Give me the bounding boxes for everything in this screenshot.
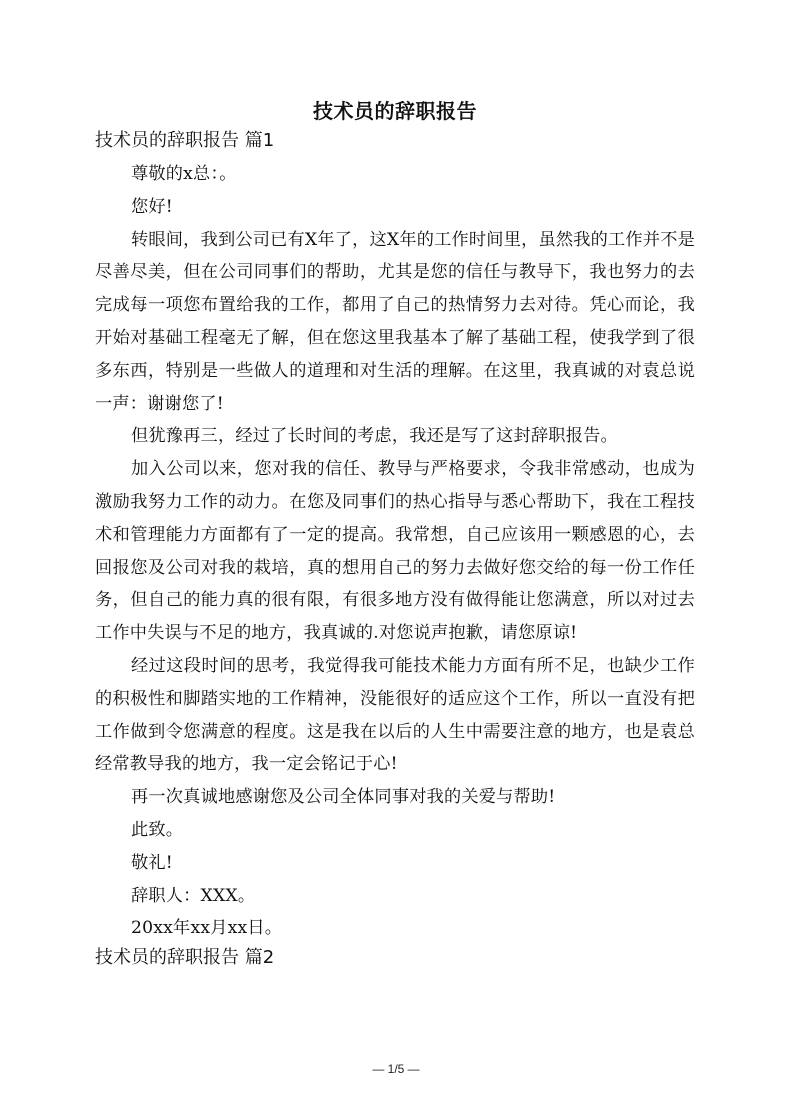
body-paragraph: 转眼间，我到公司已有X年了，这X年的工作时间里，虽然我的工作并不是尽善尽美，但在… — [95, 224, 695, 421]
page-indicator: — 1/5 — — [0, 1062, 792, 1076]
greeting: 您好! — [95, 191, 695, 224]
section-heading: 技术员的辞职报告 篇1 — [95, 128, 695, 158]
section-heading: 技术员的辞职报告 篇2 — [95, 945, 695, 975]
section-1: 技术员的辞职报告 篇1 尊敬的x总：。 您好! 转眼间，我到公司已有X年了，这X… — [95, 128, 695, 945]
body-paragraph: 再一次真诚地感谢您及公司全体同事对我的关爱与帮助! — [95, 781, 695, 814]
date: 20xx年xx月xx日。 — [95, 912, 695, 945]
document-page: 技术员的辞职报告 技术员的辞职报告 篇1 尊敬的x总：。 您好! 转眼间，我到公… — [95, 96, 695, 975]
body-paragraph: 经过这段时间的思考，我觉得我可能技术能力方面有所不足，也缺少工作的积极性和脚踏实… — [95, 650, 695, 781]
closing-salute: 敬礼! — [95, 847, 695, 880]
document-title: 技术员的辞职报告 — [95, 96, 695, 126]
salutation: 尊敬的x总：。 — [95, 158, 695, 191]
closing: 此致。 — [95, 814, 695, 847]
body-paragraph: 但犹豫再三，经过了长时间的考虑，我还是写了这封辞职报告。 — [95, 420, 695, 453]
signature: 辞职人：XXX。 — [95, 880, 695, 913]
section-2: 技术员的辞职报告 篇2 — [95, 945, 695, 975]
body-paragraph: 加入公司以来，您对我的信任、教导与严格要求，令我非常感动，也成为激励我努力工作的… — [95, 453, 695, 650]
